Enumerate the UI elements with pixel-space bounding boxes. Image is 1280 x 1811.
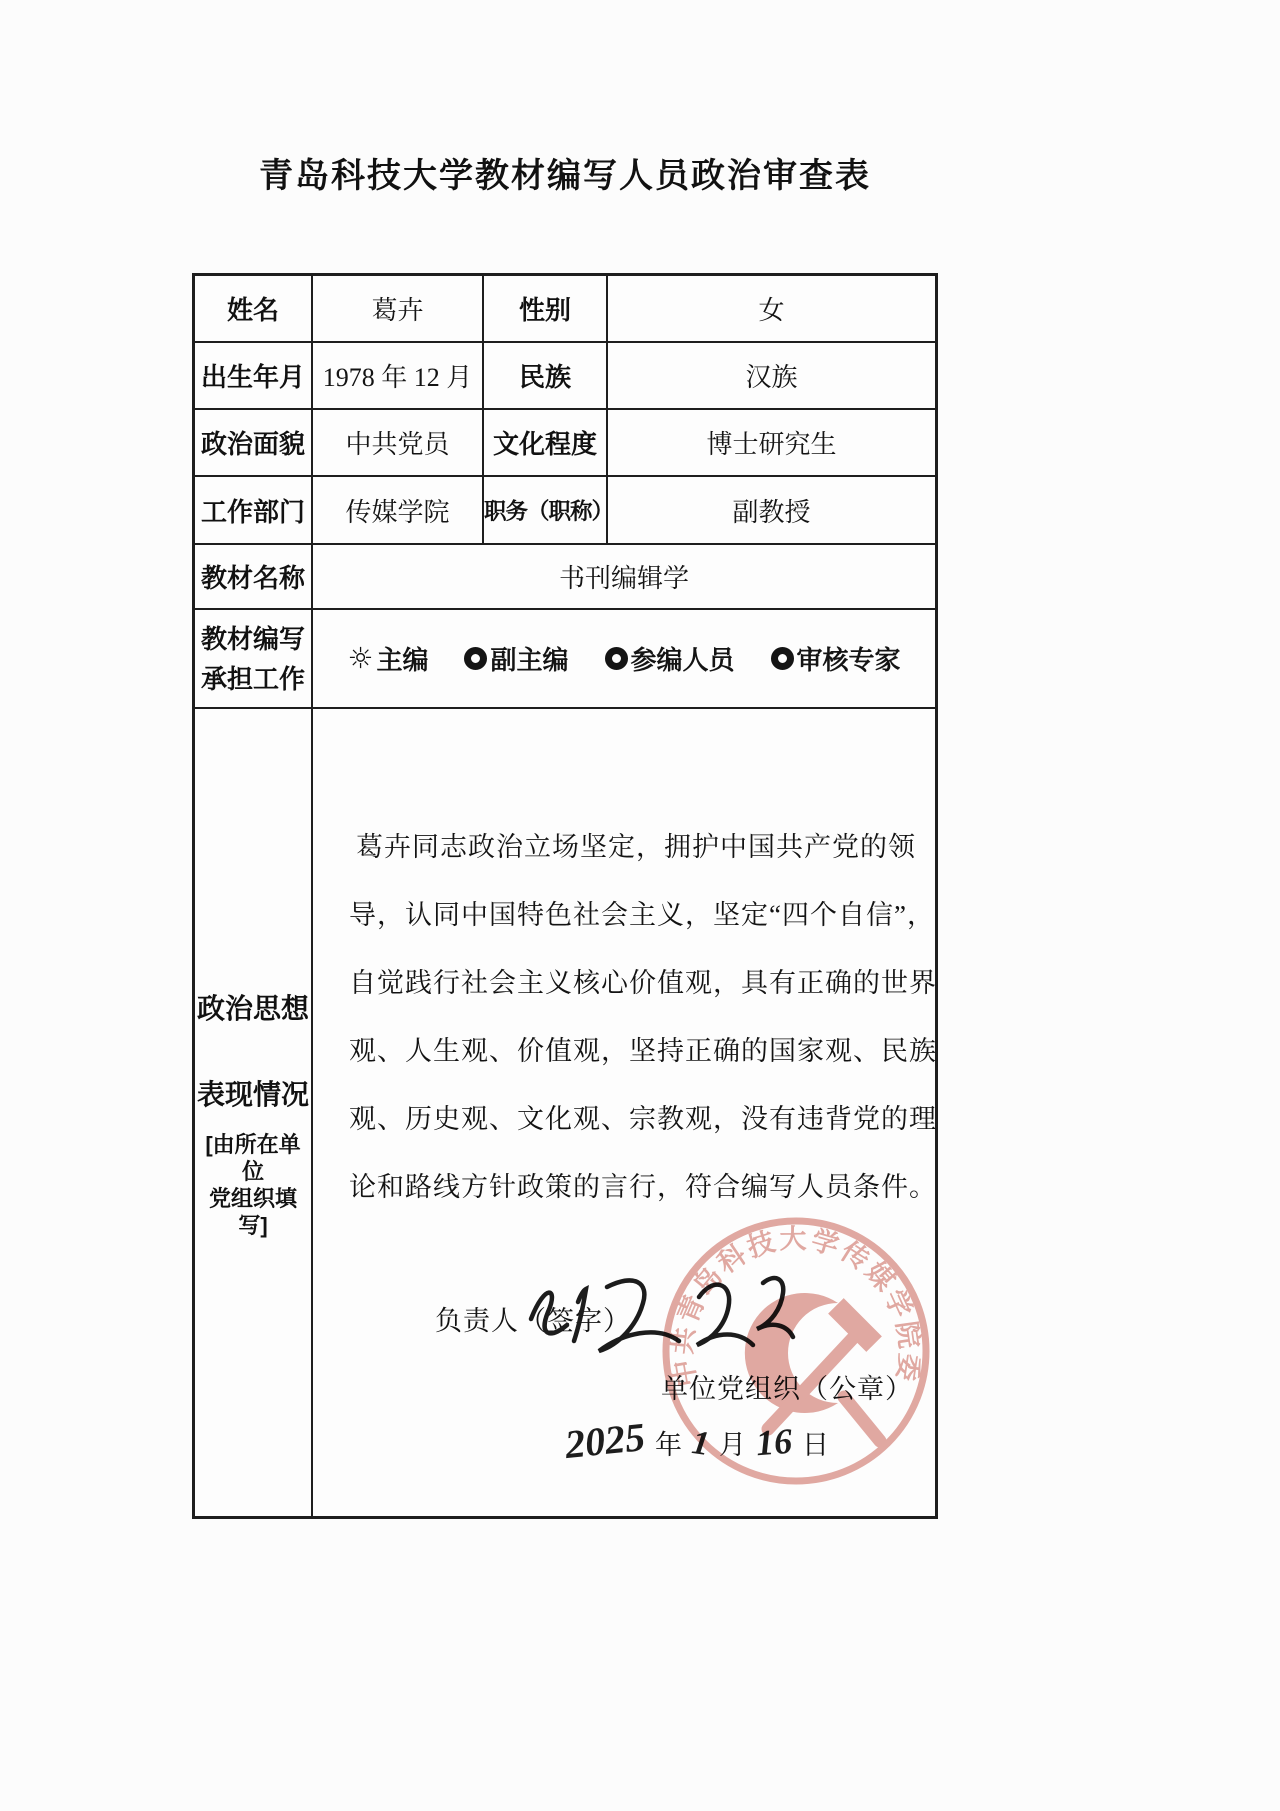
thought-note-line1: [由所在单位 [195,1131,311,1185]
field-label-department: 工作部门 [201,492,305,529]
field-value-department: 传媒学院 [345,492,449,529]
table-row: 政治面貌 中共党员 文化程度 博士研究生 [195,410,935,477]
field-value-gender: 女 [758,290,784,327]
thought-content-cell: 葛卉同志政治立场坚定，拥护中国共产党的领 导，认同中国特色社会主义，坚定“四个自… [313,709,935,1516]
role-option-deputy-editor: 副主编 [464,640,568,677]
page-title: 青岛科技大学教材编写人员政治审查表 [192,148,938,197]
thought-row: 政治思想 表现情况 [由所在单位 党组织填写] 葛卉同志政治立场坚定，拥护中国共… [195,709,935,1516]
role-options: ☼ 主编 副主编 参编人员 审核专家 [313,640,935,677]
field-value-political-status: 中共党员 [345,424,449,461]
scanned-form-page: 青岛科技大学教材编写人员政治审查表 姓名 葛卉 性别 女 出生年月 1978 年… [0,0,1280,1811]
field-value-textbook: 书刊编辑学 [559,558,689,595]
hammer-sickle-icon [745,1293,882,1441]
donut-icon [464,647,487,670]
role-option-review-expert: 审核专家 [771,640,901,677]
thought-label-line1: 政治思想 [197,987,309,1027]
field-value-birth: 1978 年 12 月 [323,357,473,394]
field-label-birth: 出生年月 [201,357,305,394]
field-label-gender: 性别 [519,290,571,327]
field-label-name: 姓名 [227,290,279,327]
donut-icon [605,647,628,670]
sun-icon: ☼ [347,644,373,673]
field-value-position: 副教授 [732,492,810,529]
field-label-position: 职务（职称） [484,494,606,526]
field-label-ethnicity: 民族 [519,357,571,394]
paragraph-line: 观、历史观、文化观、宗教观，没有违背党的理 [349,1085,923,1153]
paragraph-line: 观、人生观、价值观，坚持正确的国家观、民族 [349,1017,923,1085]
form-table: 姓名 葛卉 性别 女 出生年月 1978 年 12 月 民族 汉族 政治面貌 中… [192,273,938,1519]
paragraph-line: 自觉践行社会主义核心价值观，具有正确的世界 [349,949,923,1017]
thought-label-line2: 表现情况 [197,1073,309,1113]
field-value-name: 葛卉 [371,290,423,327]
table-row: 出生年月 1978 年 12 月 民族 汉族 [195,343,935,410]
role-row: 教材编写 承担工作 ☼ 主编 副主编 参编人员 [195,610,935,709]
field-label-textbook: 教材名称 [201,558,305,595]
thought-paragraph: 葛卉同志政治立场坚定，拥护中国共产党的领 导，认同中国特色社会主义，坚定“四个自… [349,813,923,1221]
role-option-contributor: 参编人员 [605,640,735,677]
paragraph-line: 葛卉同志政治立场坚定，拥护中国共产党的领 [349,813,923,881]
thought-note-line2: 党组织填写] [195,1185,311,1239]
field-value-ethnicity: 汉族 [745,357,797,394]
official-seal: 中共青岛科技大学传媒学院委员会 [656,1211,936,1491]
donut-icon [771,647,794,670]
paragraph-line: 导，认同中国特色社会主义，坚定“四个自信”， [349,881,923,949]
textbook-row: 教材名称 书刊编辑学 [195,545,935,610]
field-label-political-status: 政治面貌 [201,424,305,461]
role-option-chief-editor: ☼ 主编 [347,640,428,677]
field-label-role: 教材编写 承担工作 [201,619,305,699]
table-row: 工作部门 传媒学院 职务（职称） 副教授 [195,477,935,545]
thought-label-cell: 政治思想 表现情况 [由所在单位 党组织填写] [195,709,313,1516]
table-row: 姓名 葛卉 性别 女 [195,276,935,343]
field-label-education: 文化程度 [493,424,597,461]
field-value-education: 博士研究生 [706,424,836,461]
handwritten-year: 2025 [563,1413,647,1468]
